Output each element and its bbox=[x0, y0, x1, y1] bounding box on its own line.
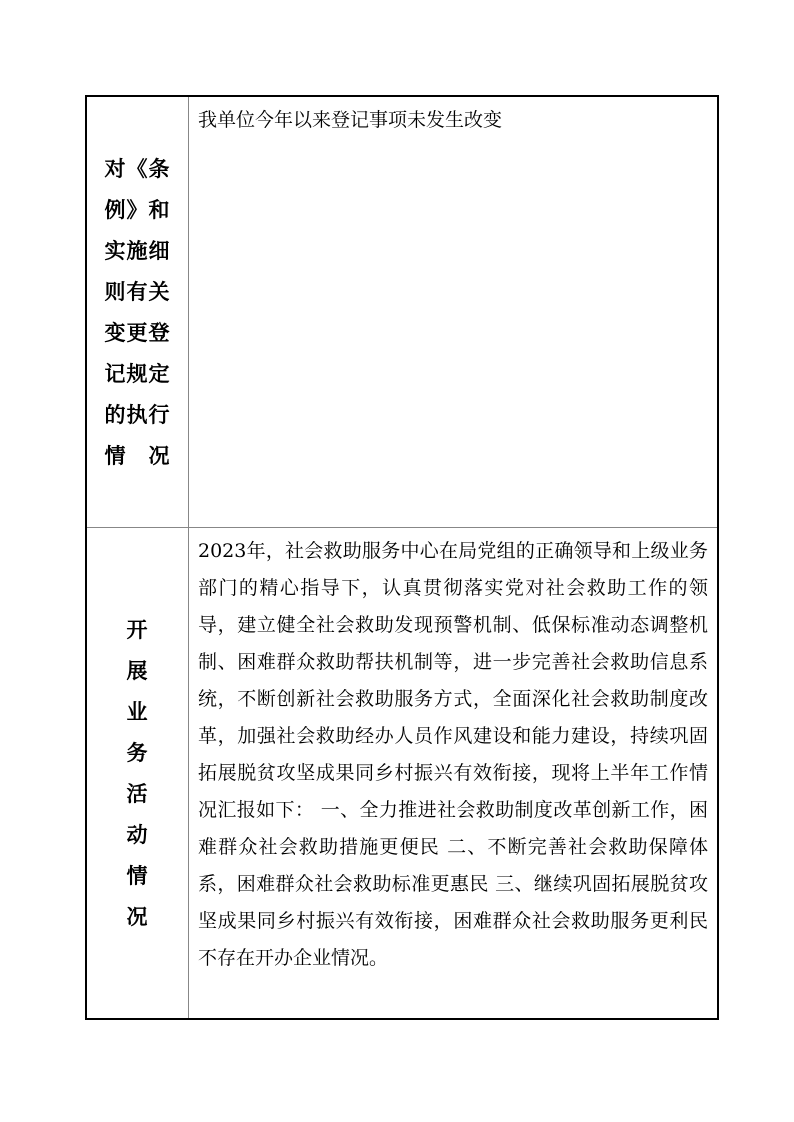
annual-report-form-table: 对《条 例》和 实施细 则有关 变更登 记规定 的执行 情 况 我单位今年以来登… bbox=[85, 95, 719, 1020]
label-line: 展 bbox=[127, 650, 149, 691]
label-line: 对《条 bbox=[105, 148, 171, 189]
label-line: 的执行 bbox=[105, 394, 171, 435]
label-line: 务 bbox=[127, 732, 149, 773]
label-line: 动 bbox=[127, 814, 149, 855]
label-line: 活 bbox=[127, 773, 149, 814]
label-line: 业 bbox=[127, 691, 149, 732]
label-line: 情 bbox=[127, 855, 149, 896]
cell-change-registration-statement: 我单位今年以来登记事项未发生改变 bbox=[189, 97, 717, 528]
label-business-activities: 开 展 业 务 活 动 情 况 bbox=[87, 528, 189, 1018]
label-line: 开 bbox=[127, 609, 149, 650]
cell-business-activities-report: 2023年，社会救助服务中心在局党组的正确领导和上级业务部门的精心指导下，认真贯… bbox=[189, 528, 717, 1018]
label-line: 情 况 bbox=[105, 435, 171, 476]
label-line: 例》和 bbox=[105, 189, 171, 230]
label-line: 实施细 bbox=[105, 230, 171, 271]
label-change-registration-compliance: 对《条 例》和 实施细 则有关 变更登 记规定 的执行 情 况 bbox=[87, 97, 189, 528]
label-line: 记规定 bbox=[105, 353, 171, 394]
document-page: 对《条 例》和 实施细 则有关 变更登 记规定 的执行 情 况 我单位今年以来登… bbox=[0, 0, 794, 1122]
label-line: 则有关 bbox=[105, 271, 171, 312]
label-line: 变更登 bbox=[105, 312, 171, 353]
label-line: 况 bbox=[127, 896, 149, 937]
